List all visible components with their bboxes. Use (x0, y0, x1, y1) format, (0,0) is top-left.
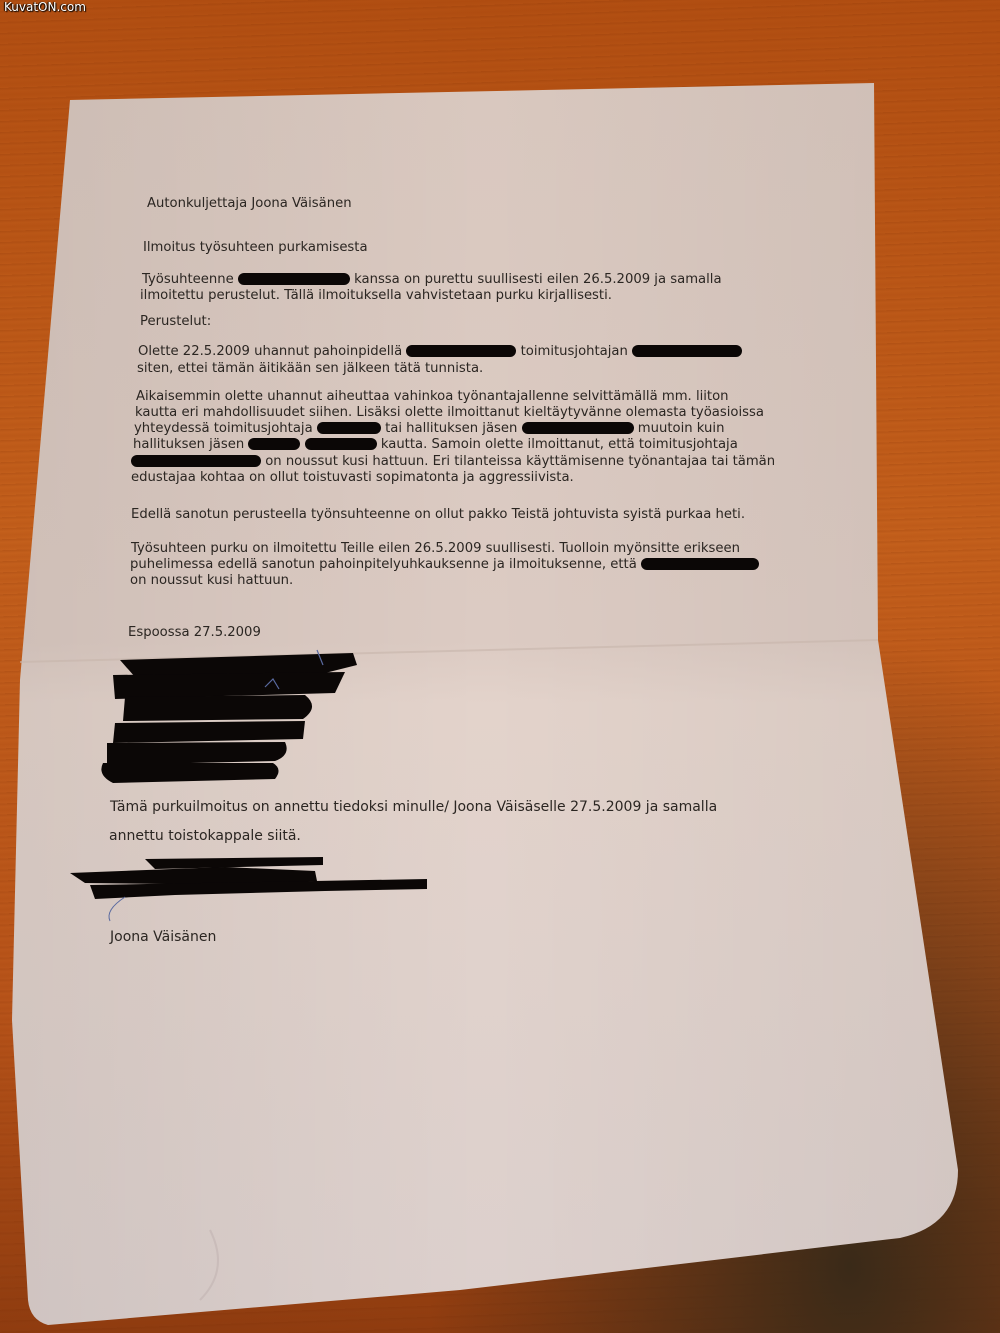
p2-line-1: Aikaisemmin olette uhannut aiheuttaa vah… (136, 389, 729, 405)
signature-redaction (95, 645, 365, 795)
redaction (238, 273, 350, 285)
acknowledgement-line-2: annettu toistokappale siitä. (109, 828, 301, 845)
acknowledgement-line-1: Tämä purkuilmoitus on annettu tiedoksi m… (110, 799, 717, 816)
redaction (248, 438, 300, 450)
redaction (131, 455, 261, 467)
p1-line-2: siten, ettei tämän äitikään sen jälkeen … (137, 361, 483, 377)
intro-line-2: ilmoitettu perustelut. Tällä ilmoituksel… (140, 288, 612, 304)
redaction (641, 558, 759, 570)
grounds-heading: Perustelut: (140, 314, 211, 330)
p2-line-6: edustajaa kohtaa on ollut toistuvasti so… (131, 470, 574, 486)
place-date: Espoossa 27.5.2009 (128, 625, 261, 641)
redaction (317, 422, 381, 434)
p4-line-3: on noussut kusi hattuun. (130, 573, 293, 589)
p2-line-5: on noussut kusi hattuun. Eri tilanteissa… (131, 454, 775, 470)
letter-body: Autonkuljettaja Joona Väisänen Ilmoitus … (0, 0, 1000, 1333)
intro-line-1: Työsuhteenne kanssa on purettu suullises… (142, 272, 722, 288)
signature-name: Joona Väisänen (110, 929, 216, 946)
p2-line-2: kautta eri mahdollisuudet siihen. Lisäks… (135, 405, 764, 421)
p4-line-1: Työsuhteen purku on ilmoitettu Teille ei… (131, 541, 740, 557)
redaction (522, 422, 634, 434)
p2-line-4: hallituksen jäsen kautta. Samoin olette … (133, 437, 738, 453)
redaction (305, 438, 377, 450)
recipient-line: Autonkuljettaja Joona Väisänen (147, 196, 352, 212)
p1-line-1: Olette 22.5.2009 uhannut pahoinpidellä t… (138, 344, 742, 360)
p3-line: Edellä sanotun perusteella työnsuhteenne… (131, 507, 745, 523)
redaction (632, 345, 742, 357)
redaction (406, 345, 516, 357)
letter-subject: Ilmoitus työsuhteen purkamisesta (143, 240, 368, 256)
recipient-signature-redaction (65, 855, 435, 925)
p4-line-2: puhelimessa edellä sanotun pahoinpitelyu… (130, 557, 759, 573)
p2-line-3: yhteydessä toimitusjohtaja tai hallituks… (134, 421, 724, 437)
